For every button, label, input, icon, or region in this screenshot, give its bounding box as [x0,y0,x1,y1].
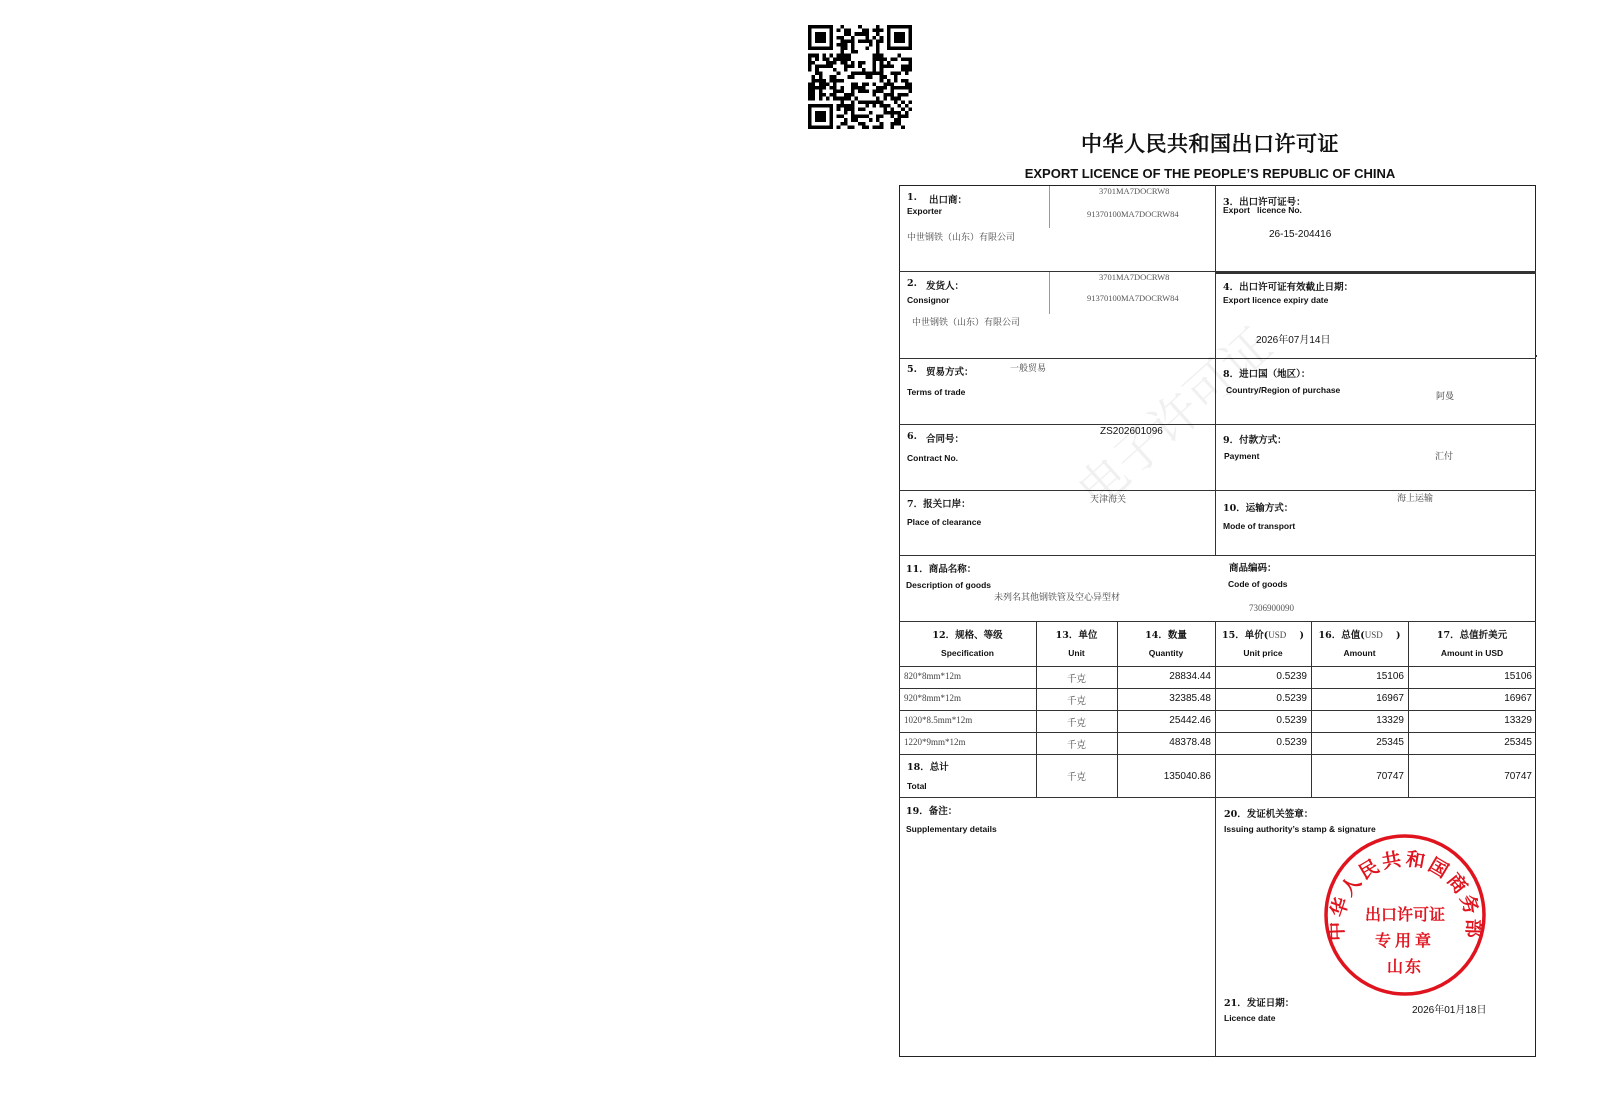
exporter-number: 1. [907,192,917,203]
cell-quantity: 25442.46 [1117,715,1211,726]
cell-specification: 820*8mm*12m [904,671,1034,681]
exporter-value: 中世钢铁（山东）有限公司 [907,230,1015,243]
consignor-label-en: Consignor [907,295,950,305]
official-seal-stamp: 中华人民共和国商务部 出口许可证 专用章 山东 [1322,832,1488,998]
consignor-value: 中世钢铁（山东）有限公司 [912,315,1020,328]
goods-code-value: 7306900090 [1249,603,1294,613]
exporter-code-2: 91370100MA7DOCRW84 [1087,209,1179,219]
payment-label-cn: 9．付款方式： [1223,432,1287,446]
country-value: 阿曼 [1436,389,1454,402]
cell-unit-price: 0.5239 [1215,693,1307,704]
svg-text:出口许可证: 出口许可证 [1365,905,1445,924]
clearance-label-en: Place of clearance [907,517,981,527]
cell-amount: 16967 [1311,693,1404,704]
cell-unit-price: 0.5239 [1215,737,1307,748]
supplementary-label-en: Supplementary details [906,824,997,834]
header-quantity: 14．数量Quantity [1117,627,1215,658]
licence-date-value: 2026年01月18日 [1412,1001,1487,1016]
contract-label-en: Contract No. [907,453,958,463]
goods-description-label-cn: 11．商品名称： [906,561,976,575]
header-specification: 12．规格、等级Specification [899,627,1036,658]
goods-code-label-cn: 商品编码： [1229,560,1277,574]
consignor-number: 2. [907,278,917,289]
expiry-date-value: 2026年07月14日 [1256,331,1331,346]
terms-value: 一般贸易 [1010,361,1046,374]
cell-unit: 千克 [1036,693,1117,707]
goods-description-value: 未列名其他钢铁管及空心异型材 [994,590,1120,603]
cell-specification: 1020*8.5mm*12m [904,715,1034,725]
cell-unit: 千克 [1036,715,1117,729]
terms-label-cn: 贸易方式： [926,364,974,378]
goods-description-label-en: Description of goods [906,580,991,590]
cell-quantity: 48378.48 [1117,737,1211,748]
licence-date-label-en: Licence date [1224,1013,1276,1023]
total-label-cn: 18．总计 [907,759,949,773]
consignor-code-1: 3701MA7DOCRW8 [1099,272,1169,282]
cell-amount: 15106 [1311,671,1404,682]
payment-value: 汇付 [1435,449,1453,462]
total-label-en: Total [907,781,927,791]
svg-text:专用章: 专用章 [1375,931,1435,950]
cell-amount-usd: 13329 [1408,715,1532,726]
total-amount: 70747 [1311,771,1404,782]
country-label-cn: 8．进口国（地区）： [1223,366,1310,380]
transport-label-en: Mode of transport [1223,521,1295,531]
cell-quantity: 28834.44 [1117,671,1211,682]
contract-value: ZS202601096 [1100,426,1163,437]
licence-no-value: 26-15-204416 [1269,229,1331,240]
exporter-label-en: Exporter [907,206,942,216]
cell-unit-price: 0.5239 [1215,671,1307,682]
licence-date-label-cn: 21．发证日期： [1224,995,1294,1009]
terms-label-en: Terms of trade [907,387,965,397]
cell-amount: 25345 [1311,737,1404,748]
exporter-code-1: 3701MA7DOCRW8 [1099,186,1169,196]
cell-specification: 920*8mm*12m [904,693,1034,703]
payment-label-en: Payment [1224,451,1259,461]
licence-no-label-en: Export licence No. [1223,205,1302,215]
transport-value: 海上运输 [1397,491,1433,504]
document-title-cn: 中华人民共和国出口许可证 [960,128,1460,158]
country-label-en: Country/Region of purchase [1226,385,1340,395]
exporter-label-cn: 出口商： [929,192,967,206]
terms-number: 5. [907,364,917,375]
header-amount: 16．总值(USD ) Amount [1311,627,1408,658]
contract-label-cn: 合同号： [926,431,964,445]
consignor-code-2: 91370100MA7DOCRW84 [1087,293,1179,303]
document-title-en: EXPORT LICENCE OF THE PEOPLE’S REPUBLIC … [960,166,1460,181]
cell-amount-usd: 15106 [1408,671,1532,682]
total-quantity: 135040.86 [1117,771,1211,782]
expiry-date-label-cn: 4．出口许可证有效截止日期： [1223,279,1353,293]
stamp-label-cn: 20．发证机关签章： [1224,806,1313,820]
cell-amount: 13329 [1311,715,1404,726]
cell-amount-usd: 25345 [1408,737,1532,748]
cell-unit: 千克 [1036,671,1117,685]
cell-unit: 千克 [1036,737,1117,751]
cell-quantity: 32385.48 [1117,693,1211,704]
contract-number: 6. [907,431,917,442]
expiry-date-label-en: Export licence expiry date [1223,295,1328,305]
consignor-label-cn: 发货人： [926,278,964,292]
total-amount-usd: 70747 [1408,771,1532,782]
cell-specification: 1220*9mm*12m [904,737,1034,747]
supplementary-label-cn: 19．备注： [906,803,957,817]
cell-amount-usd: 16967 [1408,693,1532,704]
total-unit: 千克 [1036,769,1117,783]
clearance-label-cn: 7．报关口岸： [907,496,971,510]
qr-code-icon [808,25,912,129]
header-unit: 13．单位Unit [1036,627,1117,658]
header-unit-price: 15．单价(USD ) Unit price [1215,627,1311,658]
header-amount-usd: 17．总值折美元Amount in USD [1408,627,1536,658]
svg-text:山东: 山东 [1387,957,1423,976]
transport-label-cn: 10．运输方式： [1223,500,1293,514]
goods-code-label-en: Code of goods [1228,579,1288,589]
clearance-value: 天津海关 [1090,492,1126,505]
cell-unit-price: 0.5239 [1215,715,1307,726]
